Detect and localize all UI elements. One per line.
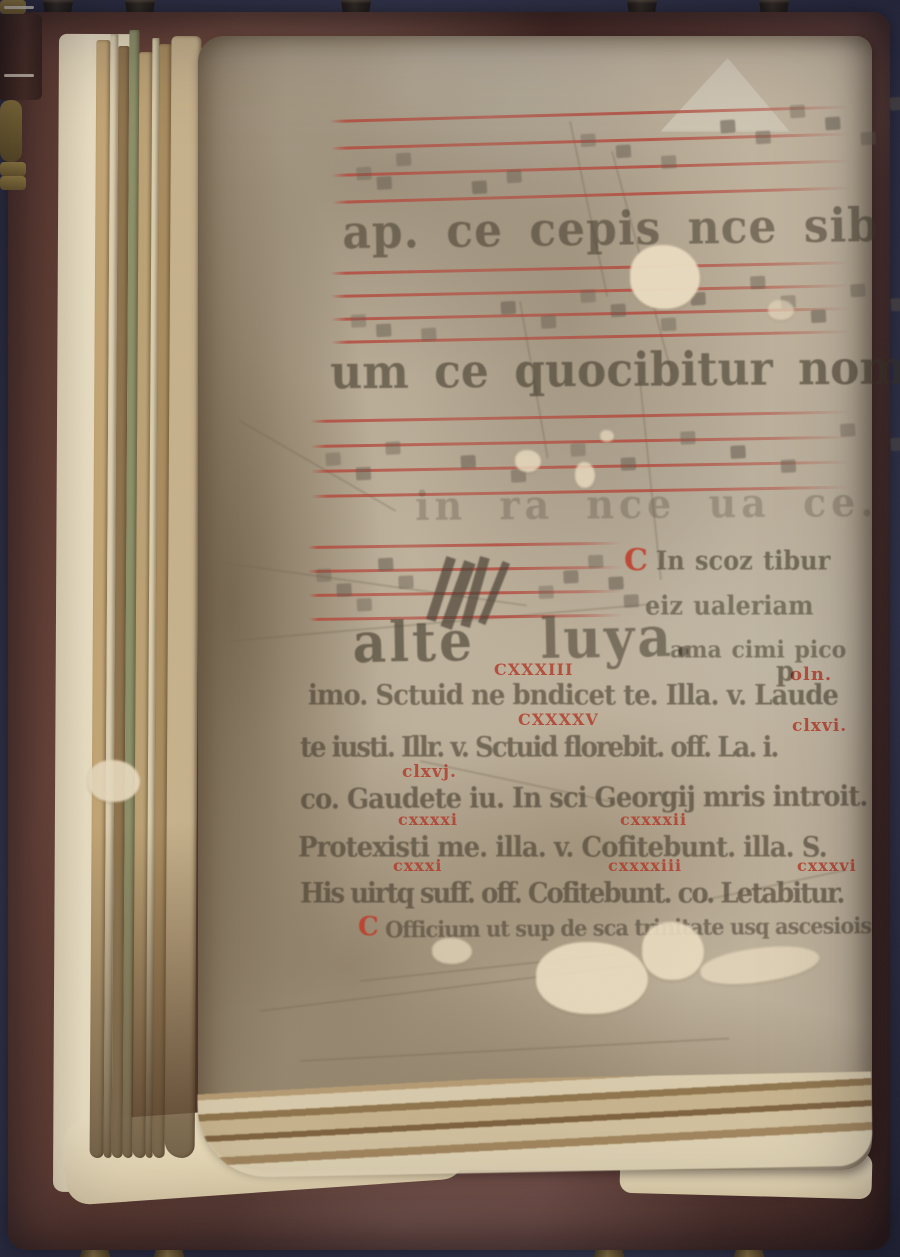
repair-patch [642, 922, 704, 980]
parchment-hole [630, 245, 700, 309]
manuscript-photo: ap. ce cepis nce sibum ce quocibitur nom… [0, 0, 900, 1257]
repair-patch [600, 430, 614, 442]
damage-patches [0, 0, 900, 1257]
repair-patch [768, 300, 794, 320]
repair-patch [432, 938, 472, 964]
repair-patch [536, 942, 648, 1014]
repair-patch [88, 760, 140, 802]
repair-patch [575, 462, 595, 488]
repair-patch [515, 450, 541, 472]
repair-patch [698, 940, 822, 990]
